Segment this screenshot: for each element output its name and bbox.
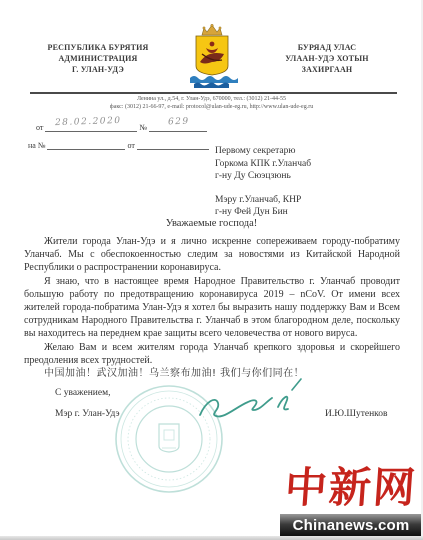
body-paragraph: Я знаю, что в настоящее время Народное П…: [24, 275, 400, 341]
recipient-line: Мэру г.Уланчаб, КНР: [215, 194, 311, 207]
page-edge-bottom: [0, 536, 423, 540]
recipient-line: Горкома КПК г.Уланчаб: [215, 158, 311, 171]
ulan-ude-coat-of-arms-icon: [186, 24, 238, 90]
sender-org-buryat: БУРЯАД УЛАС УЛААН-УДЭ ХОТЫН ЗАХИРГААН: [251, 42, 403, 75]
reply-date-underline: [137, 140, 209, 150]
signer-name: И.Ю.Шутенков: [325, 409, 388, 419]
org-line: УЛААН-УДЭ ХОТЫН: [251, 53, 403, 64]
mayor-signature-icon: [192, 375, 310, 427]
recipient-gap: [215, 183, 311, 194]
reply-label: на №: [28, 141, 45, 150]
contact-info: Ленина ул., д.54, г. Улан-Удэ, 670000, т…: [0, 96, 423, 111]
contact-email-line: факс: (3012) 21-66-97, e-mail: protocol@…: [0, 104, 423, 112]
chinanews-logo-text: 中新网: [278, 462, 423, 514]
contact-address-line: Ленина ул., д.54, г. Улан-Удэ, 670000, т…: [0, 96, 423, 104]
org-line: Г. УЛАН-УДЭ: [22, 64, 174, 75]
body-paragraph: Желаю Вам и всем жителям города Уланчаб …: [24, 341, 400, 367]
reply-from-label: от: [127, 141, 134, 150]
chinanews-watermark: 中新网 Chinanews.com: [280, 462, 422, 537]
header-divider: [30, 92, 397, 94]
org-line: АДМИНИСТРАЦИЯ: [22, 53, 174, 64]
salutation: Уважаемые господа!: [0, 218, 423, 229]
handwritten-number: 629: [168, 117, 190, 128]
reply-number-underline: [47, 140, 125, 150]
letter-body: Жители города Улан-Удэ и я лично искренн…: [24, 235, 400, 380]
reference-row-reply: на № от: [28, 140, 209, 150]
recipient-line: г-ну Ду Сюэцзюнь: [215, 170, 311, 183]
recipient-line: Первому секретарю: [215, 145, 311, 158]
chinanews-url-bar: Chinanews.com: [280, 514, 422, 537]
closing-phrase: С уважением,: [55, 388, 110, 398]
org-line: БУРЯАД УЛАС: [251, 42, 403, 53]
from-label: от: [36, 123, 43, 132]
org-line: РЕСПУБЛИКА БУРЯТИЯ: [22, 42, 174, 53]
recipient-line: г-ну Фей Дун Бин: [215, 206, 311, 219]
org-line: ЗАХИРГААН: [251, 64, 403, 75]
number-label: №: [139, 123, 147, 132]
sender-org-russian: РЕСПУБЛИКА БУРЯТИЯ АДМИНИСТРАЦИЯ Г. УЛАН…: [22, 42, 174, 75]
body-paragraph: Жители города Улан-Удэ и я лично искренн…: [24, 235, 400, 275]
signer-title: Мэр г. Улан-Удэ: [55, 409, 120, 419]
scanned-letter-page: РЕСПУБЛИКА БУРЯТИЯ АДМИНИСТРАЦИЯ Г. УЛАН…: [0, 0, 423, 540]
recipient-block: Первому секретарю Горкома КПК г.Уланчаб …: [215, 145, 311, 219]
